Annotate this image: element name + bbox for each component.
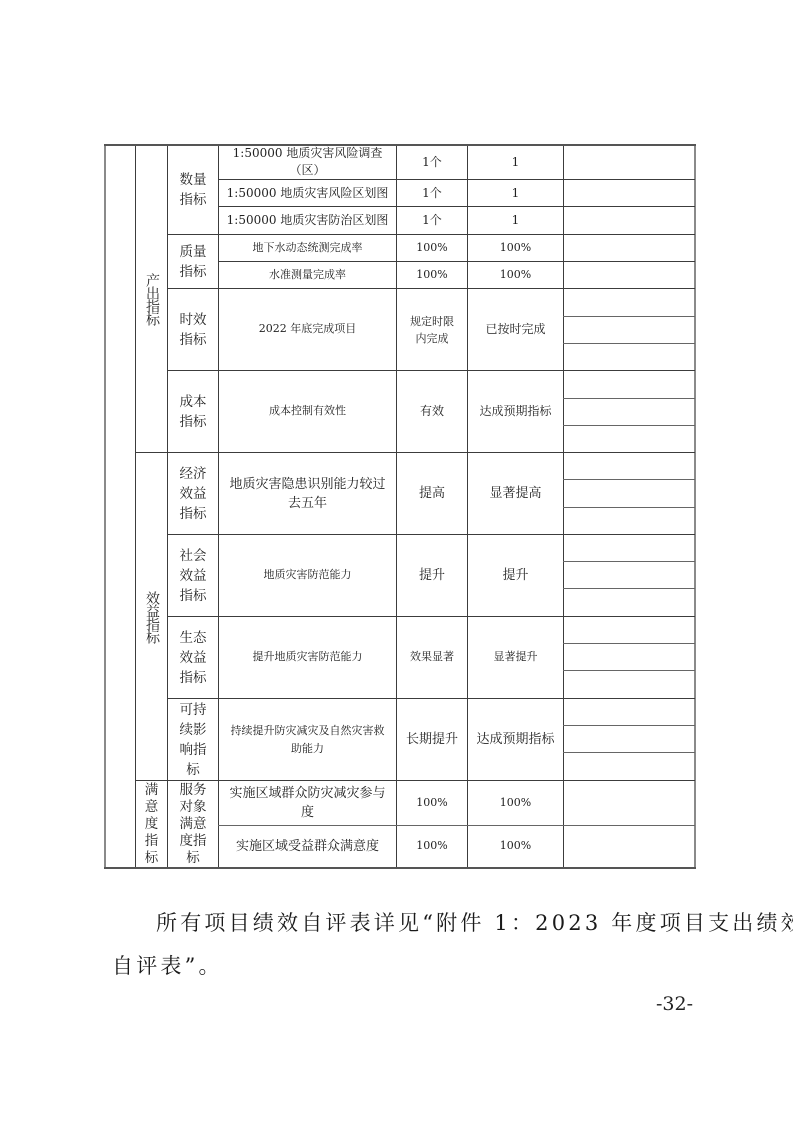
actual-cell: 已按时完成: [468, 289, 563, 370]
row-line: [563, 588, 695, 589]
cell-text: 效果显著: [410, 650, 454, 665]
label-line: 指: [145, 833, 159, 850]
label-line: 意: [145, 799, 159, 816]
cell-text: 100%: [416, 796, 447, 811]
row-line: [563, 398, 695, 399]
actual-cell: 提升: [468, 535, 563, 616]
row-line: [563, 752, 695, 753]
col-line: [563, 144, 564, 868]
actual-cell: 100%: [468, 235, 563, 261]
cell-text: 已按时完成: [485, 321, 545, 337]
label-line: 效益: [180, 648, 207, 668]
row-line: [563, 561, 695, 562]
target-cell: 提升: [397, 535, 467, 616]
target-cell: 效果显著: [397, 617, 467, 698]
table-border-right: [694, 144, 696, 868]
actual-cell: 1: [468, 180, 563, 206]
cell-text: 提高: [419, 485, 445, 503]
label-line: 指标: [180, 190, 207, 210]
cell-text: 100%: [416, 241, 447, 256]
label-line: 时效: [180, 310, 207, 330]
actual-cell: 达成预期指标: [468, 371, 563, 452]
subgroup-label-sustainable: 可持 续影 响指 标: [168, 699, 218, 780]
indicator-cell: 地质灾害防范能力: [219, 535, 396, 616]
cell-text: 提升: [502, 567, 528, 585]
paragraph-line: 所有项目绩效自评表详见“附件 1：2023 年度项目支出绩效: [112, 902, 694, 945]
body-paragraph: 所有项目绩效自评表详见“附件 1：2023 年度项目支出绩效 自评表”。: [112, 902, 694, 988]
cell-text: 1:50000 地质灾害风险区划图: [227, 185, 389, 201]
actual-cell: 100%: [468, 262, 563, 288]
cell-text: 度: [301, 803, 314, 822]
label-line: 效益: [180, 566, 207, 586]
cell-text: 水准测量完成率: [269, 268, 346, 283]
indicator-cell: 2022 年底完成项目: [219, 289, 396, 370]
cell-text: 有效: [420, 403, 444, 419]
indicator-cell: 提升地质灾害防范能力: [219, 617, 396, 698]
group-label-benefit: 效益指标: [136, 453, 167, 780]
row-line: [563, 670, 695, 671]
indicator-cell: 1:50000 地质灾害防治区划图: [219, 207, 396, 234]
label-line: 可持: [180, 700, 207, 720]
cell-text: 1:50000 地质灾害防治区划图: [227, 212, 389, 228]
group-label-output: 产出指标: [136, 145, 167, 452]
target-cell: 1个: [397, 145, 467, 179]
label-line: 度: [145, 816, 159, 833]
subgroup-label-economic: 经济 效益 指标: [168, 453, 218, 534]
indicator-cell: 成本控制有效性: [219, 371, 396, 452]
cell-text: 100%: [500, 241, 531, 256]
row-line: [563, 425, 695, 426]
label-line: 满意: [180, 816, 207, 833]
target-cell: 100%: [397, 781, 467, 825]
cell-text: 100%: [500, 839, 531, 854]
row-line: [563, 725, 695, 726]
cell-text: 100%: [500, 796, 531, 811]
cell-text: 1个: [422, 154, 442, 170]
label-line: 生态: [180, 628, 207, 648]
label-line: 社会: [180, 546, 207, 566]
actual-cell: 100%: [468, 826, 563, 867]
target-cell: 100%: [397, 262, 467, 288]
indicator-cell: 1:50000 地质灾害风险调查 （区）: [219, 145, 396, 179]
cell-text: 实施区域群众防灾减灾参与: [229, 784, 385, 803]
label-line: 标: [186, 760, 200, 780]
label-line: 效益: [180, 484, 207, 504]
subgroup-label-quality: 质量 指标: [168, 235, 218, 288]
label-line: 质量: [180, 242, 207, 262]
group-label-satisfaction: 满 意 度 指 标: [136, 781, 167, 867]
label-line: 指标: [180, 668, 207, 688]
cell-text: 1: [512, 154, 520, 170]
cell-text: 1: [512, 212, 520, 228]
cell-text: 显著提高: [489, 485, 541, 503]
indicator-cell: 地质灾害隐患识别能力较过 去五年: [219, 453, 396, 534]
actual-cell: 1: [468, 145, 563, 179]
label-line: 满: [145, 782, 159, 799]
cell-text: （区）: [289, 162, 325, 179]
label-line: 指标: [180, 412, 207, 432]
cell-text: 显著提升: [494, 650, 538, 665]
subgroup-label-social: 社会 效益 指标: [168, 535, 218, 616]
label-line: 度指: [180, 833, 207, 850]
label-line: 标: [145, 850, 159, 867]
target-cell: 100%: [397, 826, 467, 867]
cell-text: 达成预期指标: [476, 731, 554, 749]
table-border-left: [104, 144, 106, 868]
subgroup-label-service-satisfaction: 服务 对象 满意 度指 标: [168, 781, 218, 867]
cell-text: 达成预期指标: [479, 403, 551, 419]
label-line: 指标: [180, 330, 207, 350]
row-line: [563, 507, 695, 508]
cell-text: 100%: [416, 839, 447, 854]
row-line: [563, 479, 695, 480]
target-cell: 长期提升: [397, 699, 467, 780]
target-cell: 提高: [397, 453, 467, 534]
cell-text: 成本控制有效性: [269, 404, 346, 419]
label-line: 续影: [180, 720, 207, 740]
subgroup-label-cost: 成本 指标: [168, 371, 218, 452]
cell-text: 地下水动态统测完成率: [253, 241, 363, 256]
actual-cell: 显著提高: [468, 453, 563, 534]
label-line: 指标: [180, 504, 207, 524]
indicator-cell: 地下水动态统测完成率: [219, 235, 396, 261]
cell-text: 提升地质灾害防范能力: [253, 650, 363, 665]
cell-text: 地质灾害隐患识别能力较过: [229, 475, 385, 494]
target-cell: 有效: [397, 371, 467, 452]
label-line: 标: [186, 850, 200, 867]
cell-text: 1: [512, 185, 520, 201]
cell-text: 1个: [422, 185, 442, 201]
cell-text: 1:50000 地质灾害风险调查: [233, 145, 383, 162]
row-line: [563, 343, 695, 344]
label-line: 指标: [180, 262, 207, 282]
group-label-text: 产出指标: [142, 273, 161, 325]
cell-text: 100%: [500, 268, 531, 283]
cell-text: 规定时限: [410, 313, 454, 330]
target-cell: 1个: [397, 207, 467, 234]
label-line: 成本: [180, 392, 207, 412]
document-page: 产出指标 效益指标 满 意 度 指 标 数量 指标 质量 指标 时效 指标 成本…: [0, 0, 793, 1122]
target-cell: 1个: [397, 180, 467, 206]
target-cell: 100%: [397, 235, 467, 261]
label-line: 数量: [180, 170, 207, 190]
cell-text: 实施区域受益群众满意度: [236, 838, 379, 856]
subgroup-label-timeliness: 时效 指标: [168, 289, 218, 370]
cell-text: 长期提升: [406, 731, 458, 749]
label-line: 响指: [180, 740, 207, 760]
table-border-bottom: [104, 867, 696, 869]
indicator-cell: 1:50000 地质灾害风险区划图: [219, 180, 396, 206]
cell-text: 1个: [422, 212, 442, 228]
cell-text: 持续提升防灾减灾及自然灾害救: [231, 722, 385, 740]
cell-text: 内完成: [416, 330, 449, 347]
indicator-cell: 实施区域受益群众满意度: [219, 826, 396, 867]
subgroup-label-quantity: 数量 指标: [168, 145, 218, 234]
group-label-text: 效益指标: [142, 591, 161, 643]
cell-text: 提升: [419, 567, 445, 585]
cell-text: 去五年: [288, 494, 327, 513]
indicator-cell: 水准测量完成率: [219, 262, 396, 288]
actual-cell: 1: [468, 207, 563, 234]
cell-text: 100%: [416, 268, 447, 283]
cell-text: 2022 年底完成项目: [259, 322, 357, 337]
row-line: [563, 316, 695, 317]
row-line: [563, 643, 695, 644]
label-line: 服务: [180, 782, 207, 799]
target-cell: 规定时限 内完成: [397, 289, 467, 370]
paragraph-line: 自评表”。: [112, 945, 694, 988]
actual-cell: 达成预期指标: [468, 699, 563, 780]
indicator-cell: 持续提升防灾减灾及自然灾害救 助能力: [219, 699, 396, 780]
cell-text: 地质灾害防范能力: [264, 568, 352, 583]
page-number: -32-: [656, 993, 693, 1015]
label-line: 对象: [180, 799, 207, 816]
label-line: 指标: [180, 586, 207, 606]
indicator-cell: 实施区域群众防灾减灾参与 度: [219, 781, 396, 825]
subgroup-label-ecological: 生态 效益 指标: [168, 617, 218, 698]
actual-cell: 100%: [468, 781, 563, 825]
label-line: 经济: [180, 464, 207, 484]
cell-text: 助能力: [291, 740, 324, 758]
actual-cell: 显著提升: [468, 617, 563, 698]
